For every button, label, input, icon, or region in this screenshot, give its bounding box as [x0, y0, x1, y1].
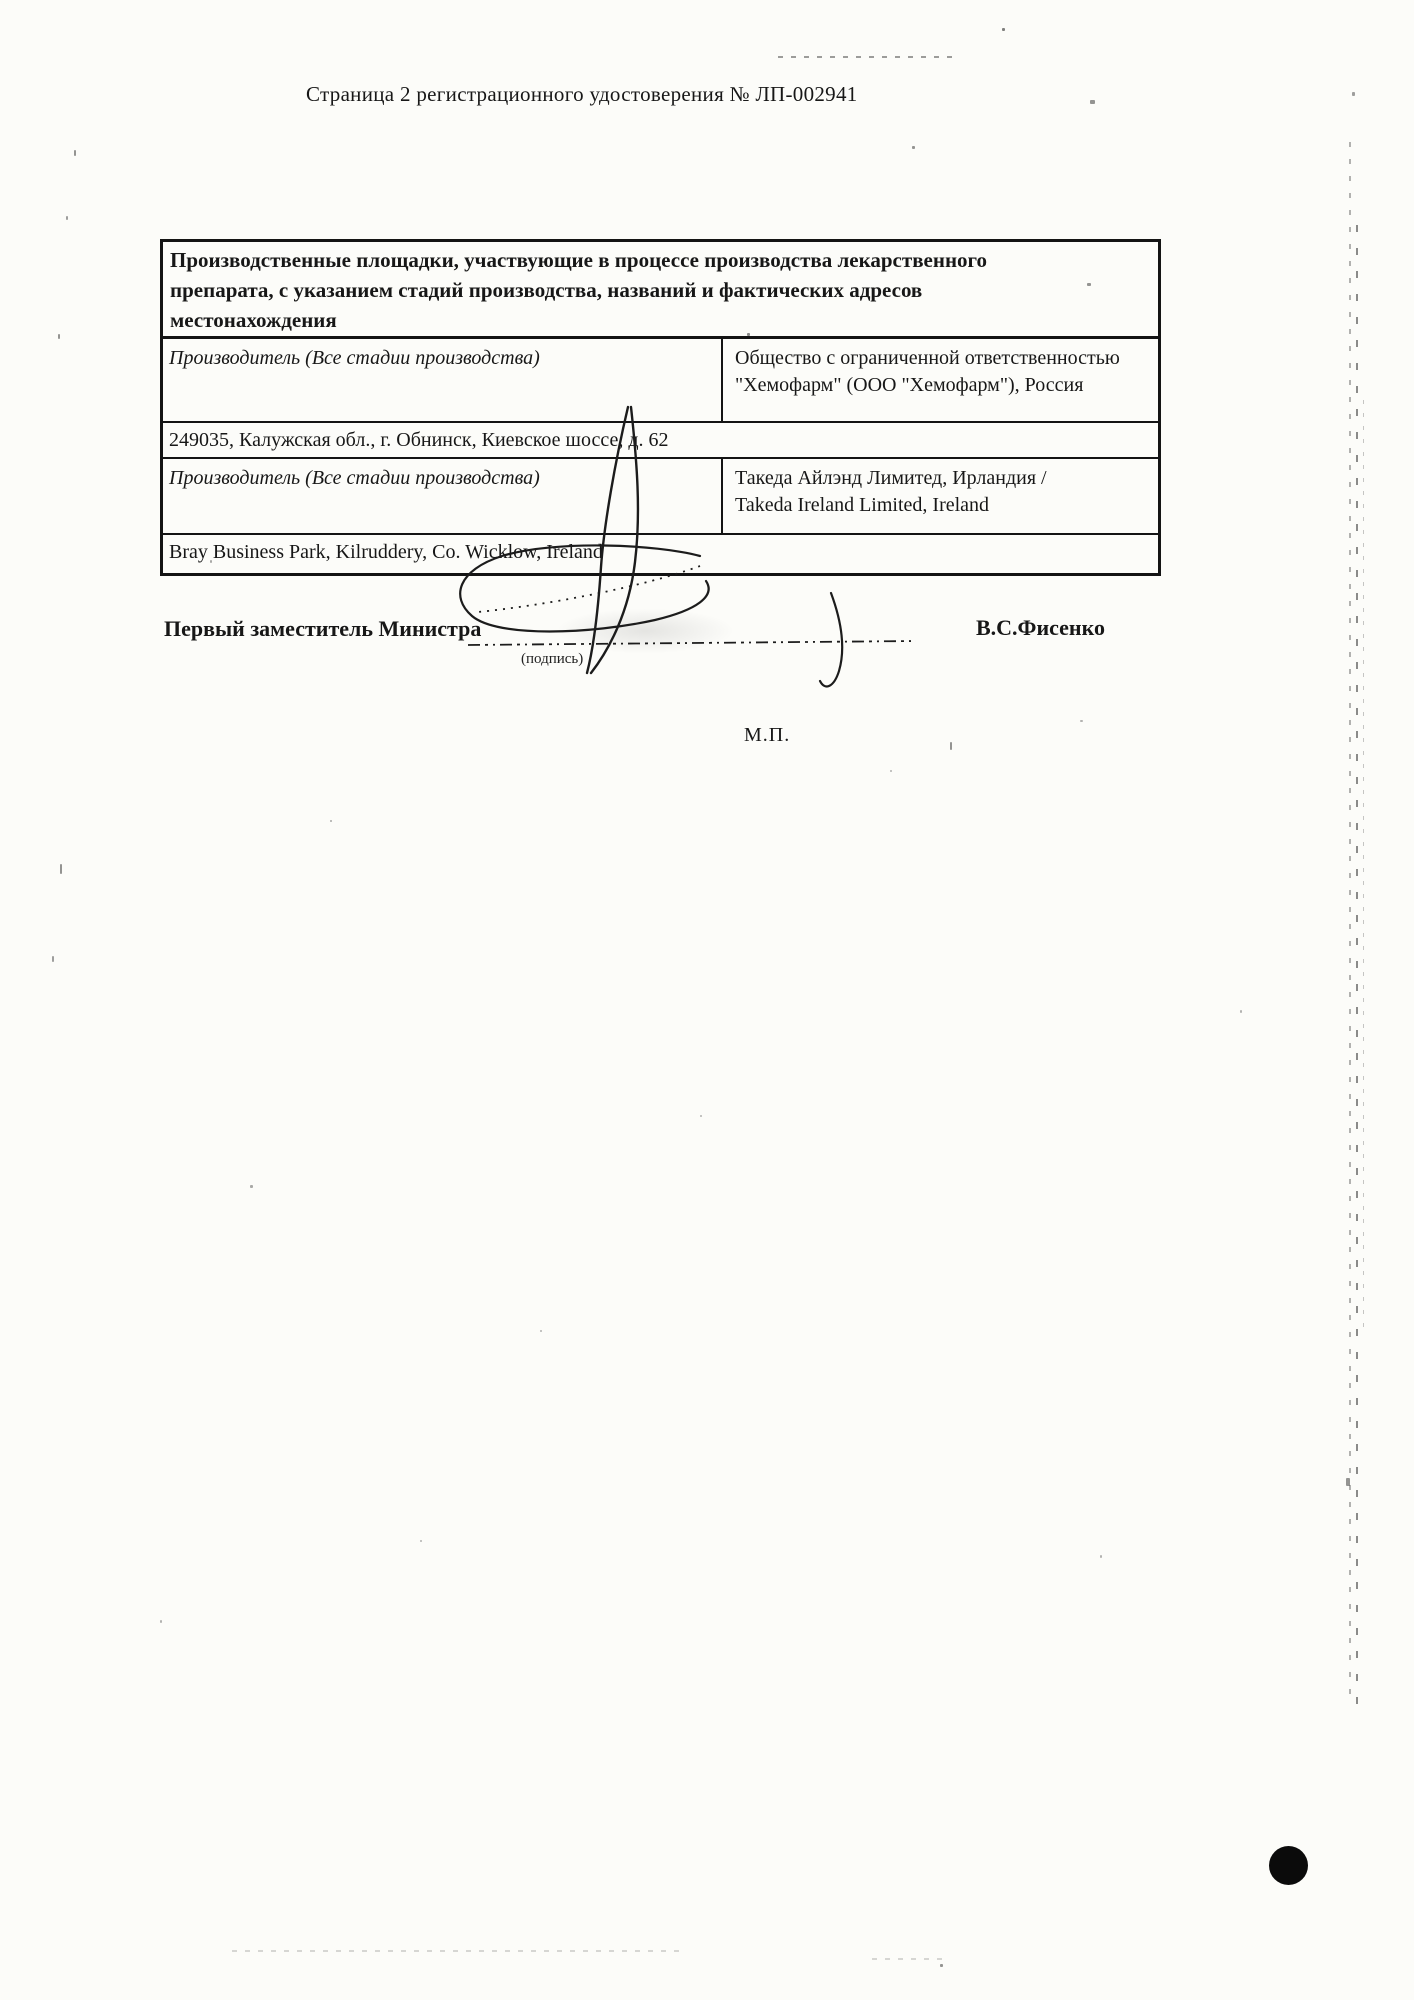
scan-edge-noise: [1363, 400, 1364, 1330]
scan-edge-noise: [778, 56, 953, 58]
seal-placeholder: М.П.: [744, 724, 790, 747]
scan-speck: [540, 1330, 542, 1332]
scan-speck: [1352, 92, 1355, 96]
scan-edge-noise: [232, 1950, 687, 1952]
scan-speck: [890, 770, 892, 772]
scan-speck: [747, 333, 750, 336]
scan-speck: [1346, 1478, 1350, 1486]
scan-speck: [420, 1540, 422, 1542]
signer-name: В.С.Фисенко: [976, 615, 1105, 641]
scan-speck: [160, 1620, 162, 1623]
scan-speck: [52, 956, 54, 962]
scan-speck: [940, 1964, 943, 1967]
scan-edge-noise: [1356, 225, 1358, 1715]
signature-scribble: [440, 395, 940, 705]
table-title: Производственные площадки, участвующие в…: [163, 242, 1158, 339]
scan-speck: [700, 1115, 702, 1117]
scan-speck: [1100, 1555, 1102, 1558]
scan-speck: [950, 742, 952, 750]
scan-edge-noise: [872, 1958, 942, 1960]
scan-speck: [1002, 28, 1005, 31]
scan-speck: [250, 1185, 253, 1188]
scan-speck: [74, 150, 76, 156]
scan-speck: [1087, 283, 1091, 286]
scan-speck: [66, 216, 68, 220]
signer-position-title: Первый заместитель Министра: [164, 616, 481, 642]
scan-speck: [912, 146, 915, 149]
scan-speck: [60, 864, 62, 874]
page-title: Страница 2 регистрационного удостоверени…: [306, 82, 858, 107]
scan-speck: [58, 334, 60, 339]
scan-speck: [1240, 1010, 1242, 1013]
scan-speck: [1080, 720, 1083, 722]
scanned-certificate-page: Страница 2 регистрационного удостоверени…: [0, 0, 1414, 2000]
scan-edge-noise: [1349, 142, 1351, 1702]
scan-speck: [1090, 100, 1095, 104]
signature-caption: (подпись): [521, 651, 583, 668]
scan-speck: [330, 820, 332, 822]
punch-hole-mark: [1269, 1846, 1308, 1885]
scan-speck: [210, 560, 212, 563]
